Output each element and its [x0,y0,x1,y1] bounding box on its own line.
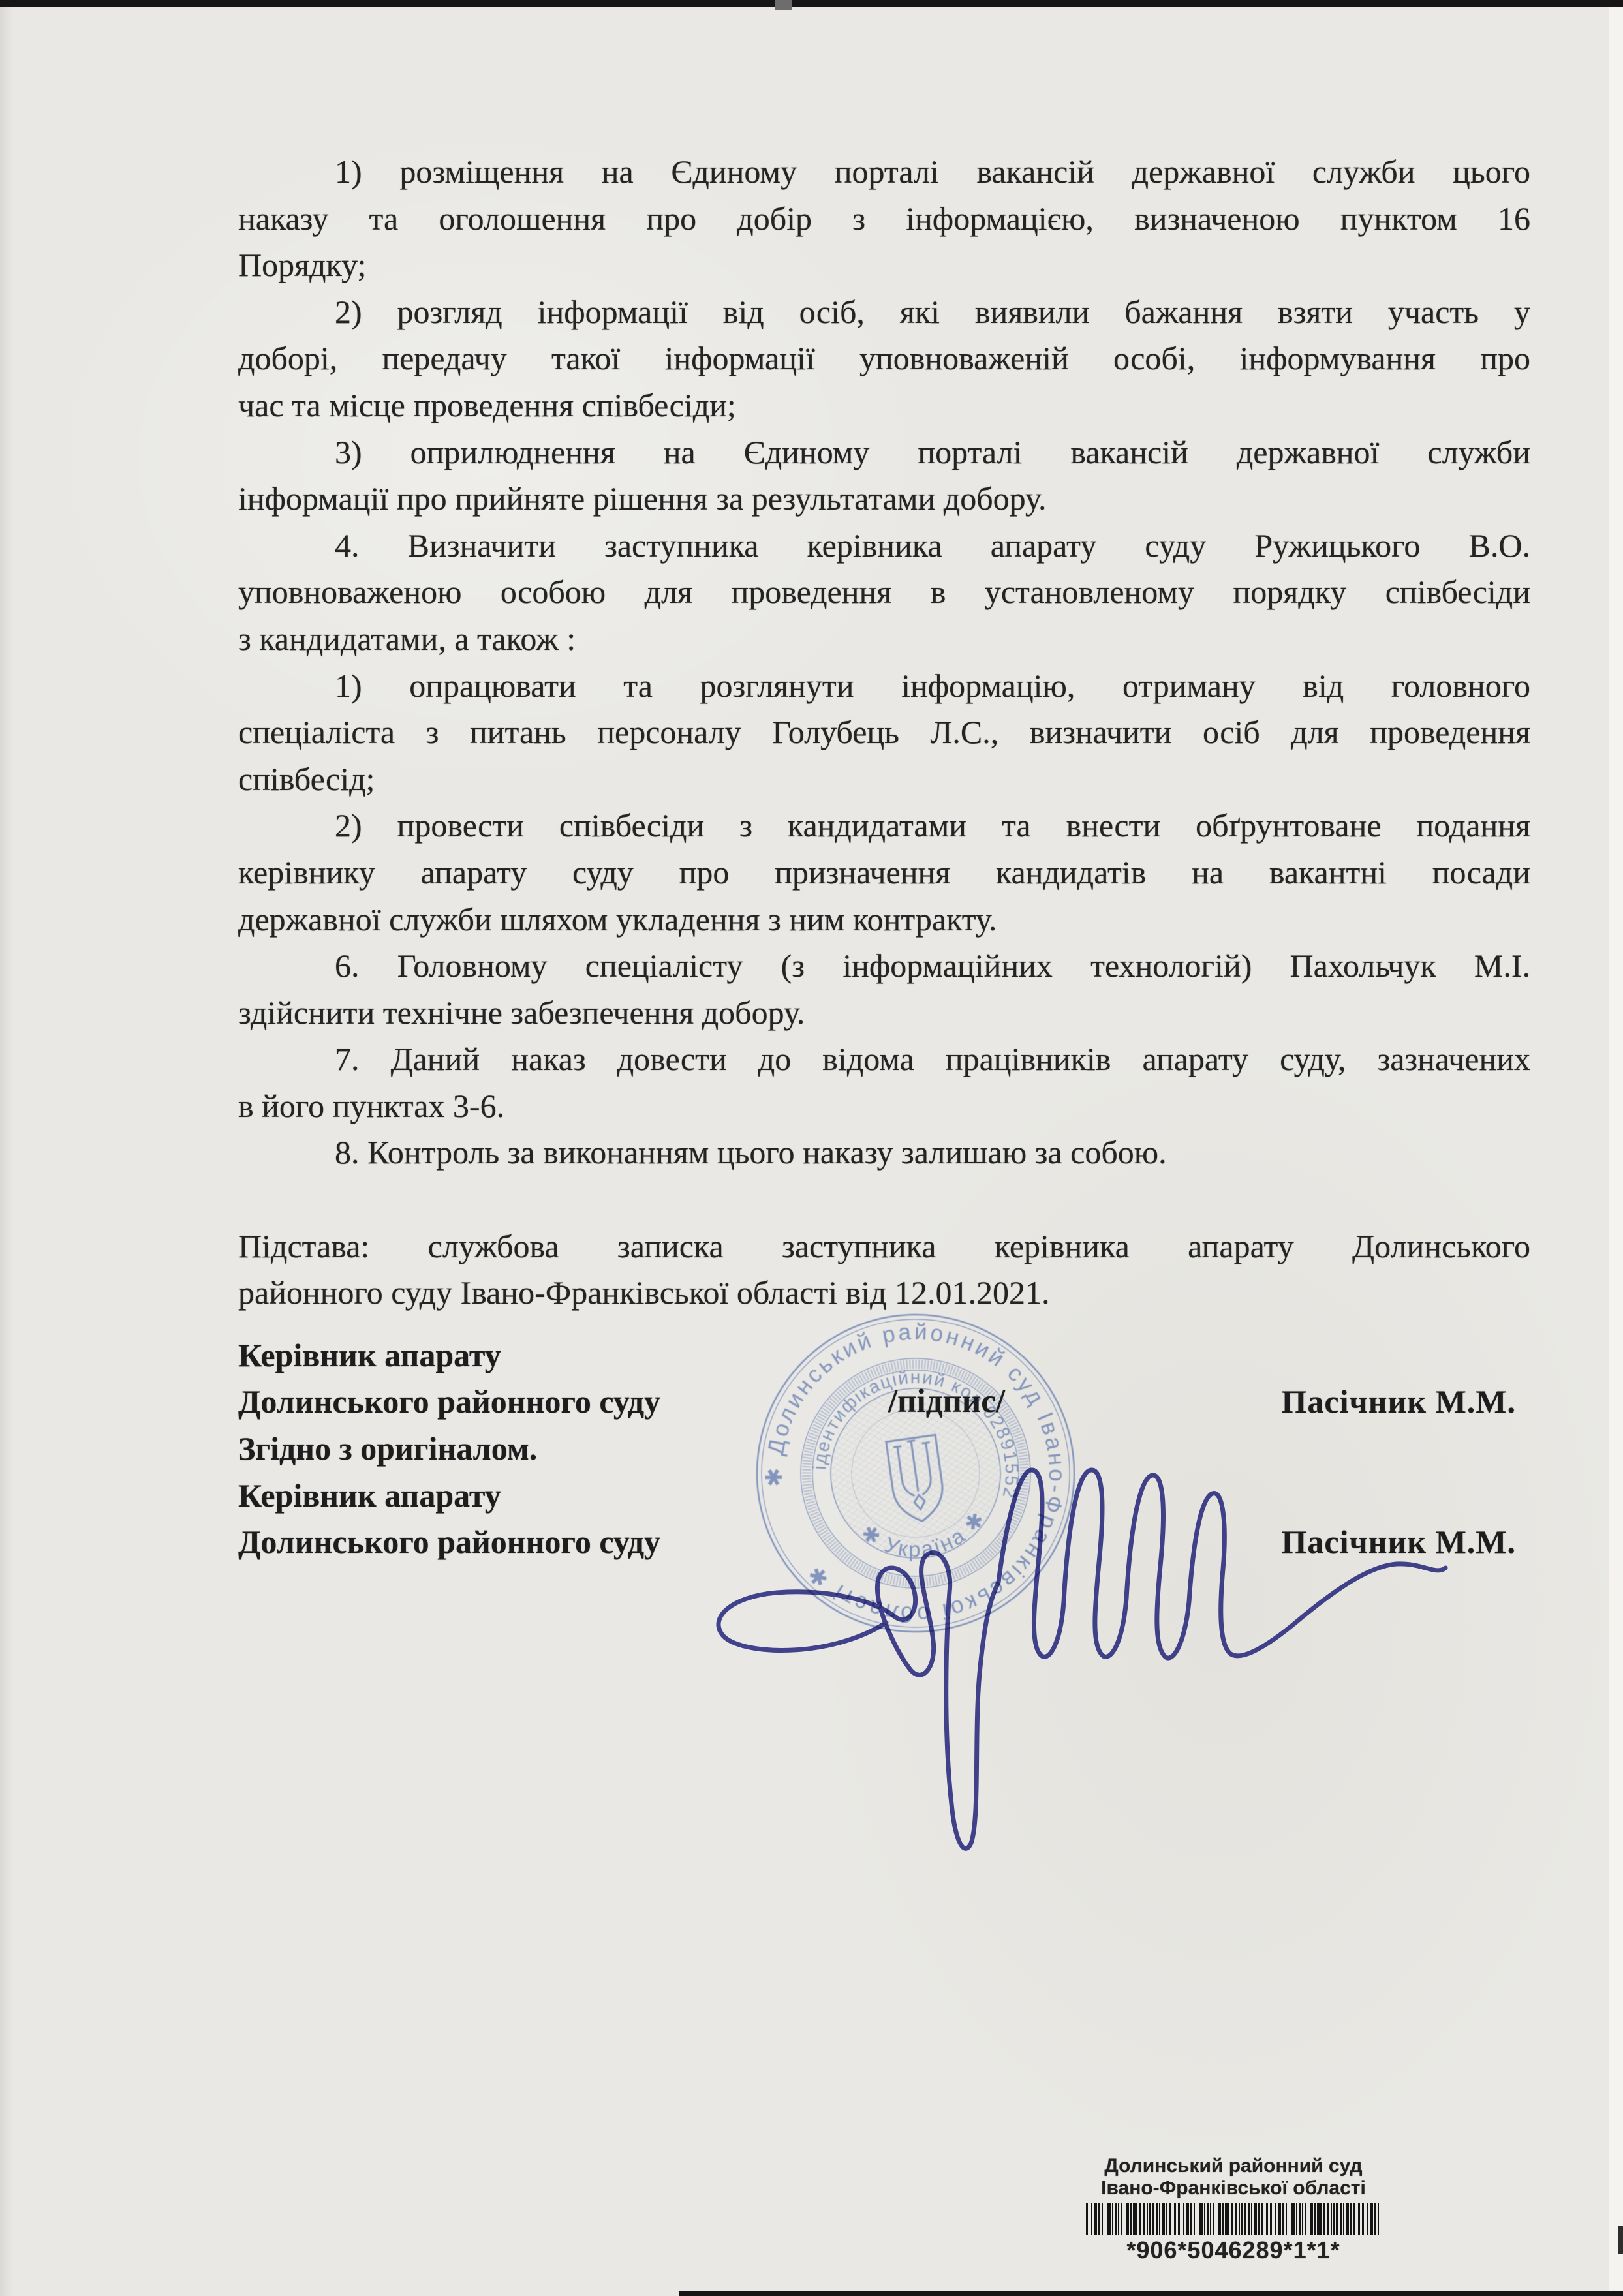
barcode-value: *906*5046289*1*1* [1080,2237,1387,2264]
signoff-left-text: Долинського районного суду [238,1383,660,1420]
text-line: 4. Визначити заступника керівника апарат… [238,523,1530,570]
text-line: районного суду Івано-Франківської област… [238,1270,1530,1317]
text-line: 8. Контроль за виконанням цього наказу з… [238,1129,1530,1176]
text-line: 6. Головному спеціалісту (з інформаційни… [238,943,1530,990]
text-line: інформації про прийняте рішення за резул… [238,476,1530,523]
signoff-left-text: Керівник апарату [238,1337,501,1373]
text-line: уповноваженою особою для проведення в ус… [238,569,1530,616]
paragraph: 4. Визначити заступника керівника апарат… [238,523,1530,663]
signoff-row: Керівник апарату [238,1332,1530,1379]
handwritten-signature [679,1452,1475,1882]
text-line: керівнику апарату суду про призначення к… [238,850,1530,896]
barcode-block: Долинський районний суд Івано-Франківськ… [1080,2155,1387,2264]
scan-edge-notch [775,0,792,10]
footer-court-line1: Долинський районний суд [1080,2155,1387,2177]
signoff-row: Долинського районного суду/підпис/Пасічн… [238,1379,1530,1426]
text-line: спеціаліста з питань персоналу Голубець … [238,709,1530,756]
text-line: наказу та оголошення про добір з інформа… [238,196,1530,243]
text-line: з кандидатами, а також : [238,616,1530,663]
scan-edge-top-strip [0,0,1623,7]
footer-court-line2: Івано-Франківської області [1080,2177,1387,2199]
text-line: 1) розміщення на Єдиному порталі вакансі… [238,149,1530,196]
paragraph: Підстава: службова записка заступника ке… [238,1223,1530,1317]
paragraph: 8. Контроль за виконанням цього наказу з… [238,1129,1530,1176]
paragraph: 1) розміщення на Єдиному порталі вакансі… [238,149,1530,289]
signoff-left-text: Долинського районного суду [238,1523,660,1560]
document-body: 1) розміщення на Єдиному порталі вакансі… [238,149,1530,1566]
text-line: в його пунктах 3-6. [238,1083,1530,1130]
signoff-name: Пасічник М.М. [1282,1379,1516,1426]
text-line: державної служби шляхом укладення з ним … [238,896,1530,943]
text-line: Порядку; [238,242,1530,289]
text-line: час та місце проведення співбесіди; [238,382,1530,429]
signature-placeholder-text: /підпис/ [888,1379,1005,1426]
paragraph: 3) оприлюднення на Єдиному порталі вакан… [238,429,1530,523]
scan-edge-right-tick [1618,2226,1623,2254]
text-line: співбесід; [238,756,1530,803]
barcode [1086,2203,1381,2235]
text-line: 7. Даний наказ довести до відома працівн… [238,1036,1530,1083]
paragraph: 7. Даний наказ довести до відома працівн… [238,1036,1530,1129]
text-line: 1) опрацювати та розглянути інформацію, … [238,663,1530,710]
text-line: 2) розгляд інформації від осіб, які вияв… [238,289,1530,336]
text-line: 3) оприлюднення на Єдиному порталі вакан… [238,429,1530,476]
paragraph: 1) опрацювати та розглянути інформацію, … [238,663,1530,803]
paragraph: 2) розгляд інформації від осіб, які вияв… [238,289,1530,429]
text-line: 2) провести співбесіди з кандидатами та … [238,803,1530,850]
text-line: доборі, передачу такої інформації уповно… [238,335,1530,382]
signoff-left-text: Згідно з оригіналом. [238,1430,537,1467]
scan-light-band [1609,0,1623,2296]
signoff-left-text: Керівник апарату [238,1477,501,1514]
paragraph: 2) провести співбесіди з кандидатами та … [238,803,1530,943]
scan-edge-bottom-strip [679,2291,1623,2296]
text-line: Підстава: службова записка заступника ке… [238,1223,1530,1270]
paragraph: 6. Головному спеціалісту (з інформаційни… [238,943,1530,1036]
text-line: здійснити технічне забезпечення добору. [238,990,1530,1037]
scanned-document-page: ✱ Долинський районний суд Івано-Франківс… [0,0,1623,2296]
